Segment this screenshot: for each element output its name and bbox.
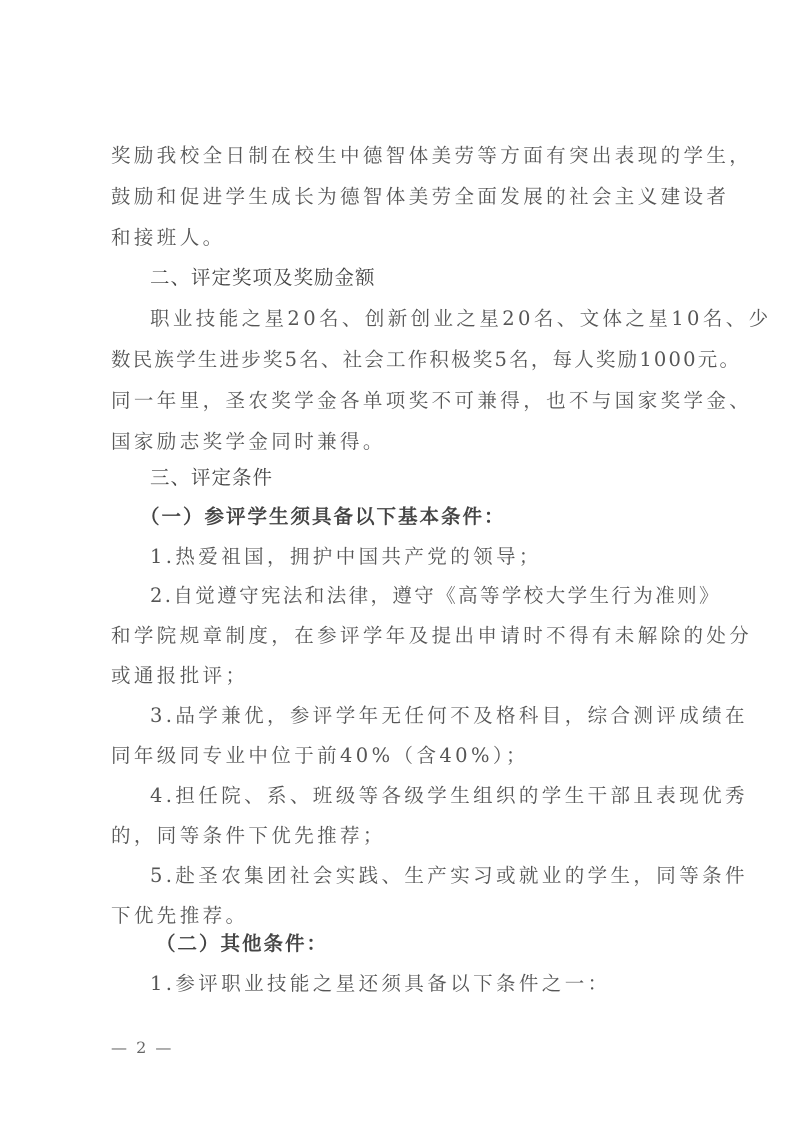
page-number: — 2 — bbox=[111, 1038, 173, 1057]
paragraph-line: 的，同等条件下优先推荐； bbox=[111, 824, 691, 848]
subsection-heading-2: （二）其他条件： bbox=[156, 932, 691, 956]
paragraph-line: 数民族学生进步奖5名、社会工作积极奖5名，每人奖励1000元。 bbox=[111, 348, 691, 372]
paragraph-line: 和学院规章制度，在参评学年及提出申请时不得有未解除的处分 bbox=[111, 624, 691, 648]
section-heading-3: 三、评定条件 bbox=[150, 466, 691, 490]
list-item-2: 2.自觉遵守宪法和法律，遵守《高等学校大学生行为准则》 bbox=[150, 584, 691, 608]
list-item-1: 1.热爱祖国，拥护中国共产党的领导； bbox=[150, 545, 691, 569]
paragraph-line: 同一年里，圣农奖学金各单项奖不可兼得，也不与国家奖学金、 bbox=[111, 389, 691, 413]
paragraph-line: 职业技能之星20名、创新创业之星20名、文体之星10名、少 bbox=[150, 307, 691, 331]
subsection-heading-1: （一）参评学生须具备以下基本条件： bbox=[140, 505, 691, 529]
section-heading-2: 二、评定奖项及奖励金额 bbox=[150, 266, 691, 290]
document-page: 奖励我校全日制在校生中德智体美劳等方面有突出表现的学生， 鼓励和促进学生成长为德… bbox=[0, 0, 792, 1121]
list-item-3: 3.品学兼优，参评学年无任何不及格科目，综合测评成绩在 bbox=[150, 704, 691, 728]
paragraph-line: 国家励志奖学金同时兼得。 bbox=[111, 430, 691, 454]
paragraph-line: 下优先推荐。 bbox=[111, 904, 691, 928]
paragraph-line: 奖励我校全日制在校生中德智体美劳等方面有突出表现的学生， bbox=[111, 144, 691, 168]
list-item-5: 5.赴圣农集团社会实践、生产实习或就业的学生，同等条件 bbox=[150, 864, 691, 888]
list-item-other-1: 1.参评职业技能之星还须具备以下条件之一： bbox=[150, 972, 691, 996]
list-item-4: 4.担任院、系、班级等各级学生组织的学生干部且表现优秀 bbox=[150, 784, 691, 808]
paragraph-line: 同年级同专业中位于前40%（含40%）； bbox=[111, 744, 691, 768]
paragraph-line: 和接班人。 bbox=[111, 226, 691, 250]
paragraph-line: 鼓励和促进学生成长为德智体美劳全面发展的社会主义建设者 bbox=[111, 185, 691, 209]
paragraph-line: 或通报批评； bbox=[111, 664, 691, 688]
